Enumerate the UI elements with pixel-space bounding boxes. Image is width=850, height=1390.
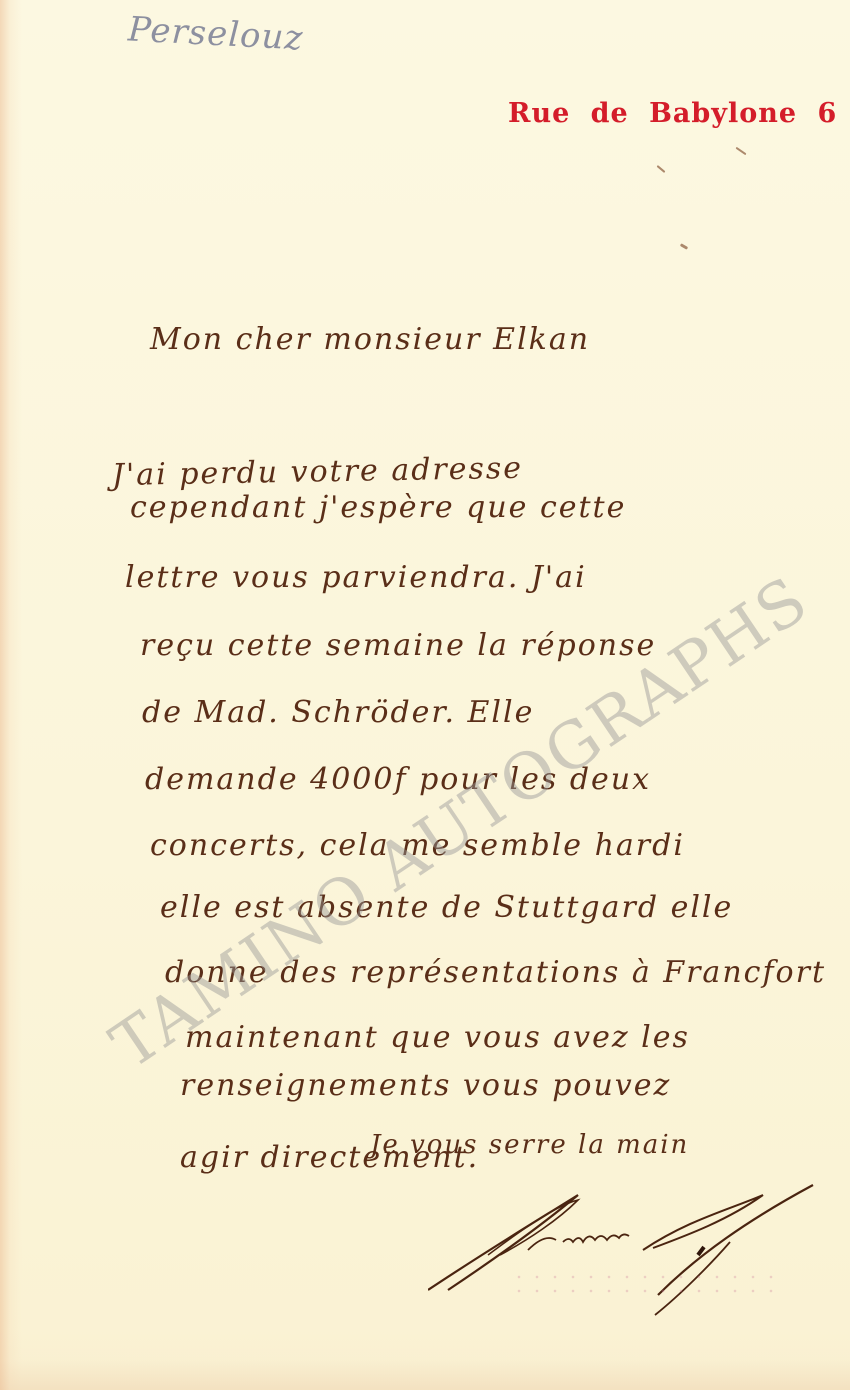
body-line: elle est absente de Stuttgard elle xyxy=(160,890,733,925)
body-line: de Mad. Schröder. Elle xyxy=(142,695,534,730)
body-line: cependant j'espère que cette xyxy=(130,490,626,525)
body-line: renseignements vous pouvez xyxy=(180,1068,671,1103)
body-line: lettre vous parviendra. J'ai xyxy=(125,560,587,595)
letterhead-address: Rue de Babylone 6 xyxy=(508,98,837,129)
salutation: Mon cher monsieur Elkan xyxy=(150,322,590,357)
body-line: J'ai perdu votre adresse xyxy=(112,451,524,493)
closing-line: Je vous serre la main xyxy=(370,1130,689,1160)
body-line: maintenant que vous avez les xyxy=(185,1020,690,1055)
faint-stamp xyxy=(510,1270,780,1298)
body-line: reçu cette semaine la réponse xyxy=(140,628,656,663)
